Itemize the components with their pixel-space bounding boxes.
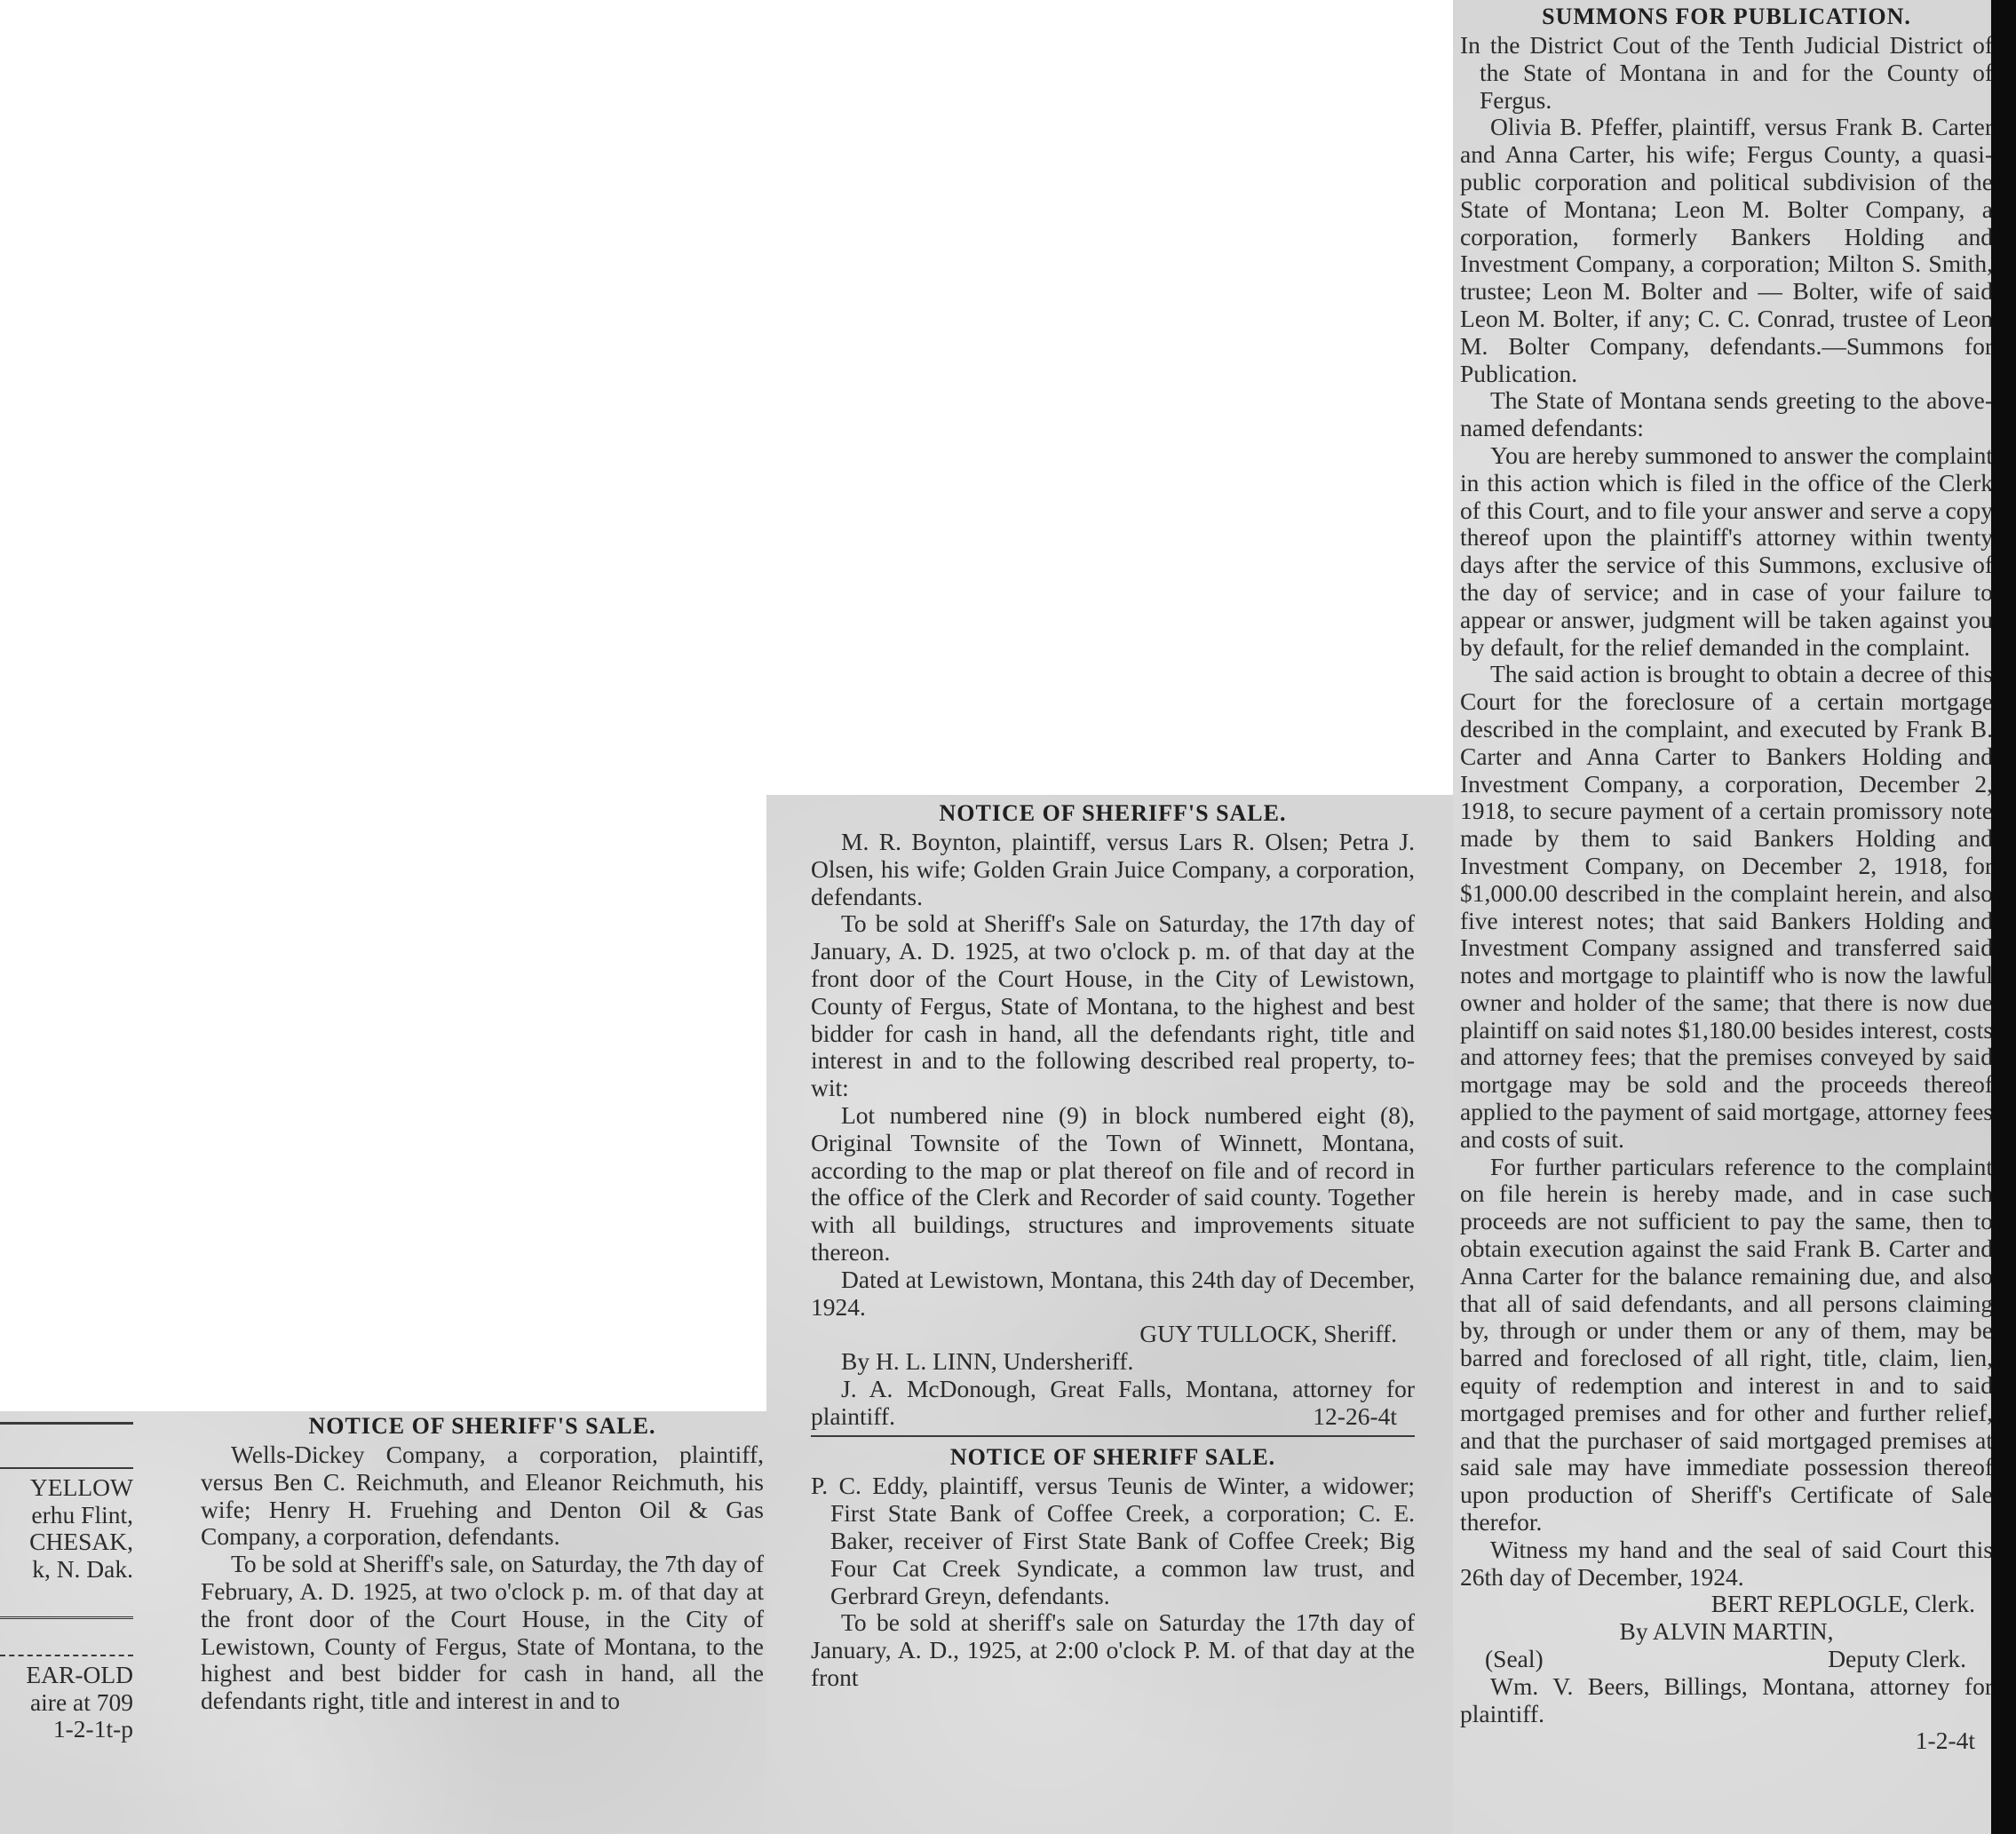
summons-attorney: Wm. V. Beers, Billings, Montana, attorne… [1460, 1673, 1993, 1728]
fragment-rule [0, 1655, 133, 1656]
summons-parties: Olivia B. Pfeffer, plaintiff, versus Fra… [1460, 114, 1993, 387]
boynton-property: Lot numbered nine (9) in block numbered … [811, 1102, 1415, 1266]
summons-title: SUMMONS FOR PUBLICATION. [1460, 2, 1993, 32]
middle-clipping: NOTICE OF SHERIFF'S SALE. M. R. Boynton,… [766, 795, 1453, 1834]
boynton-parties: M. R. Boynton, plaintiff, versus Lars R.… [811, 829, 1415, 910]
fragment-line: erhu Flint, [0, 1502, 133, 1529]
summons-court-caption: In the District Cout of the Tenth Judici… [1460, 32, 1993, 114]
wells-dickey-sale-terms: To be sold at Sheriff's sale, on Saturda… [201, 1551, 764, 1715]
summons-clipping: SUMMONS FOR PUBLICATION. In the District… [1453, 0, 2016, 1834]
fragment-line: YELLOW [0, 1474, 133, 1502]
summons-run-code: 1-2-4t [1460, 1727, 1993, 1755]
wells-dickey-parties: Wells-Dickey Company, a corporation, pla… [201, 1441, 764, 1551]
fragment-line: 1-2-1t-p [0, 1716, 133, 1743]
eddy-notice: NOTICE OF SHERIFF SALE. P. C. Eddy, plai… [811, 1442, 1415, 1691]
summons-seal: (Seal) [1460, 1646, 1544, 1673]
wells-dickey-title: NOTICE OF SHERIFF'S SALE. [201, 1411, 764, 1441]
fragment-line: CHESAK, [0, 1528, 133, 1556]
fragment-line: k, N. Dak. [0, 1556, 133, 1584]
fragment-ad-two: EAR-OLDaire at 7091-2-1t-p [0, 1662, 133, 1743]
notice-divider [811, 1435, 1415, 1437]
fragment-rule [0, 1422, 133, 1425]
fragment-line: EAR-OLD [0, 1662, 133, 1689]
fragment-ad-one: YELLOWerhu Flint,CHESAK,k, N. Dak. [0, 1474, 133, 1583]
summons-witness: Witness my hand and the seal of said Cou… [1460, 1536, 1993, 1592]
eddy-sale-terms: To be sold at sheriff's sale on Saturday… [811, 1609, 1415, 1691]
fragment-line: aire at 709 [0, 1689, 133, 1717]
scan-edge [1991, 0, 2016, 1834]
summons-seal-row: (Seal) Deputy Clerk. [1460, 1646, 1993, 1673]
fragment-double-rule [0, 1616, 133, 1619]
left-clipping: YELLOWerhu Flint,CHESAK,k, N. Dak. EAR-O… [0, 1411, 766, 1834]
summons-deputy-title: Deputy Clerk. [1828, 1646, 1993, 1673]
summons-notice: SUMMONS FOR PUBLICATION. In the District… [1460, 2, 1993, 1755]
boynton-run-code: 12-26-4t [811, 1403, 1415, 1431]
summons-clerk: BERT REPLOGLE, Clerk. [1460, 1591, 1993, 1618]
boynton-notice: NOTICE OF SHERIFF'S SALE. M. R. Boynton,… [811, 798, 1415, 1430]
summons-action: The said action is brought to obtain a d… [1460, 661, 1993, 1153]
summons-body: You are hereby summoned to answer the co… [1460, 442, 1993, 661]
eddy-parties: P. C. Eddy, plaintiff, versus Teunis de … [811, 1473, 1415, 1609]
summons-greeting: The State of Montana sends greeting to t… [1460, 387, 1993, 442]
boynton-sheriff: GUY TULLOCK, Sheriff. [811, 1321, 1415, 1348]
eddy-title: NOTICE OF SHERIFF SALE. [811, 1442, 1415, 1473]
boynton-title: NOTICE OF SHERIFF'S SALE. [811, 798, 1415, 829]
boynton-undersheriff: By H. L. LINN, Undersheriff. [811, 1348, 1415, 1376]
fragment-rule [0, 1467, 133, 1469]
boynton-dated: Dated at Lewistown, Montana, this 24th d… [811, 1266, 1415, 1322]
summons-deputy-by: By ALVIN MARTIN, [1460, 1618, 1993, 1646]
left-fragment-column: YELLOWerhu Flint,CHESAK,k, N. Dak. EAR-O… [0, 1411, 133, 1743]
boynton-sale-terms: To be sold at Sheriff's Sale on Saturday… [811, 910, 1415, 1102]
wells-dickey-notice: NOTICE OF SHERIFF'S SALE. Wells-Dickey C… [201, 1411, 764, 1715]
summons-particulars: For further particulars reference to the… [1460, 1154, 1993, 1536]
